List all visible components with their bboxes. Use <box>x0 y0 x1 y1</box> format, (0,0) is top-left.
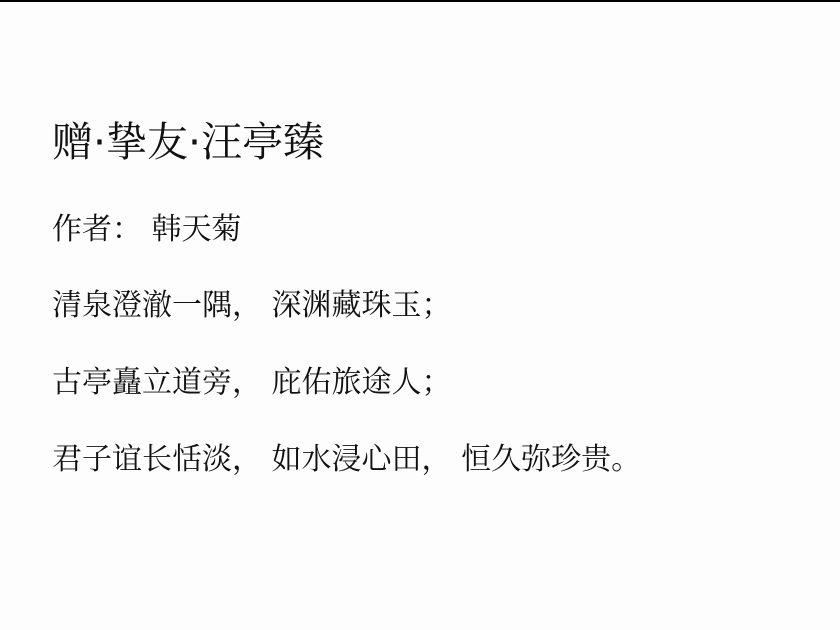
author-line: 作者： 韩天菊 <box>52 210 242 250</box>
top-border-line <box>0 0 840 2</box>
poem-line-2: 古亭矗立道旁， 庇佑旅途人； <box>52 363 452 403</box>
poem-line-3: 君子谊长恬淡， 如水浸心田， 恒久弥珍贵。 <box>52 440 641 480</box>
poem-line-1: 清泉澄澈一隅， 深渊藏珠玉； <box>52 286 452 326</box>
poem-title: 赠·挚友·汪亭臻 <box>52 116 324 168</box>
